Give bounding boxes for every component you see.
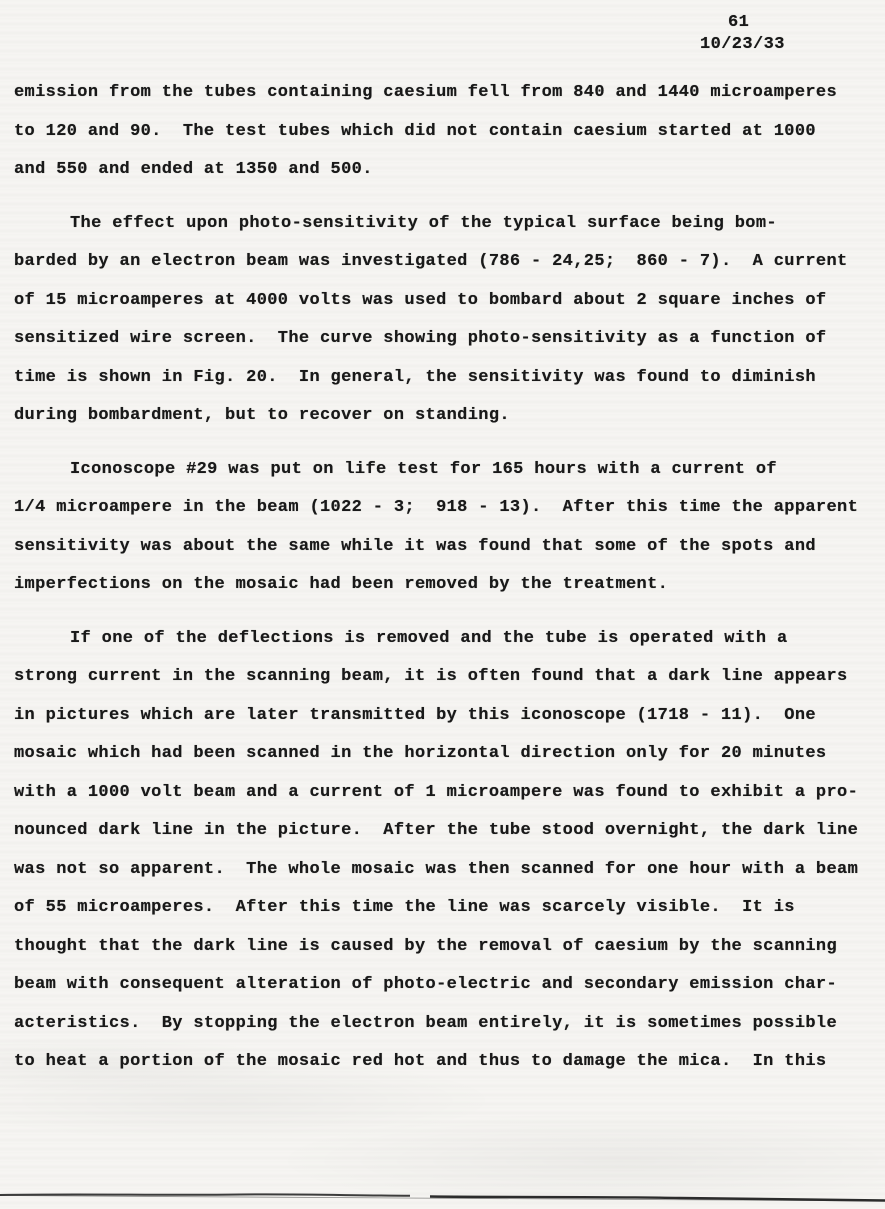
text-line: acteristics. By stopping the electron be…	[14, 1005, 874, 1044]
text-line: Iconoscope #29 was put on life test for …	[14, 451, 874, 490]
text-line: sensitized wire screen. The curve showin…	[14, 320, 874, 359]
text-line: to 120 and 90. The test tubes which did …	[14, 113, 874, 152]
text-line: was not so apparent. The whole mosaic wa…	[14, 851, 874, 890]
text-line: of 55 microamperes. After this time the …	[14, 889, 874, 928]
text-line: thought that the dark line is caused by …	[14, 928, 874, 967]
paragraph-4: If one of the deflections is removed and…	[14, 620, 874, 1082]
text-line: of 15 microamperes at 4000 volts was use…	[14, 282, 874, 321]
text-line: If one of the deflections is removed and…	[14, 620, 874, 659]
text-line: imperfections on the mosaic had been rem…	[14, 566, 874, 605]
text-line: mosaic which had been scanned in the hor…	[14, 735, 874, 774]
page-date: 10/23/33	[700, 34, 785, 56]
text-line: The effect upon photo-sensitivity of the…	[14, 205, 874, 244]
text-line: with a 1000 volt beam and a current of 1…	[14, 774, 874, 813]
document-body: emission from the tubes containing caesi…	[14, 74, 874, 1082]
text-line: during bombardment, but to recover on st…	[14, 397, 874, 436]
text-line: emission from the tubes containing caesi…	[14, 74, 874, 113]
text-line: beam with consequent alteration of photo…	[14, 966, 874, 1005]
text-line: nounced dark line in the picture. After …	[14, 812, 874, 851]
page-number: 61	[700, 12, 785, 34]
scanned-document-page: 61 10/23/33 emission from the tubes cont…	[0, 0, 885, 1209]
page-header: 61 10/23/33	[700, 12, 785, 56]
text-line: in pictures which are later transmitted …	[14, 697, 874, 736]
text-line: sensitivity was about the same while it …	[14, 528, 874, 567]
paragraph-3: Iconoscope #29 was put on life test for …	[14, 451, 874, 605]
text-line: barded by an electron beam was investiga…	[14, 243, 874, 282]
paragraph-1: emission from the tubes containing caesi…	[14, 74, 874, 190]
text-line: to heat a portion of the mosaic red hot …	[14, 1043, 874, 1082]
text-line: 1/4 microampere in the beam (1022 - 3; 9…	[14, 489, 874, 528]
text-line: and 550 and ended at 1350 and 500.	[14, 151, 874, 190]
text-line: time is shown in Fig. 20. In general, th…	[14, 359, 874, 398]
paragraph-2: The effect upon photo-sensitivity of the…	[14, 205, 874, 436]
scan-artifact-line	[0, 1169, 885, 1209]
text-line: strong current in the scanning beam, it …	[14, 658, 874, 697]
